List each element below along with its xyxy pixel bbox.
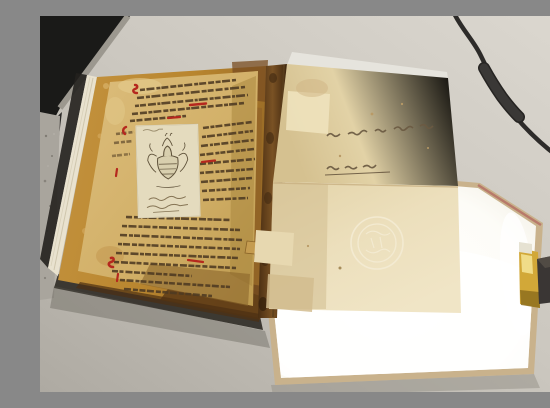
power-plug [537,253,550,304]
bookplate [136,124,200,218]
pastedown-stain-right [230,76,256,286]
parchment-guard-mid [254,230,294,266]
photo-canvas: Photograph: open medieval manuscript boo… [40,16,550,392]
photo-scene: Photograph: open medieval manuscript boo… [40,16,550,392]
parchment-guard-top [286,91,330,134]
parchment-guard-bottom [266,274,314,312]
pad-connector-tab [519,242,540,308]
right-flyleaf [254,64,461,313]
